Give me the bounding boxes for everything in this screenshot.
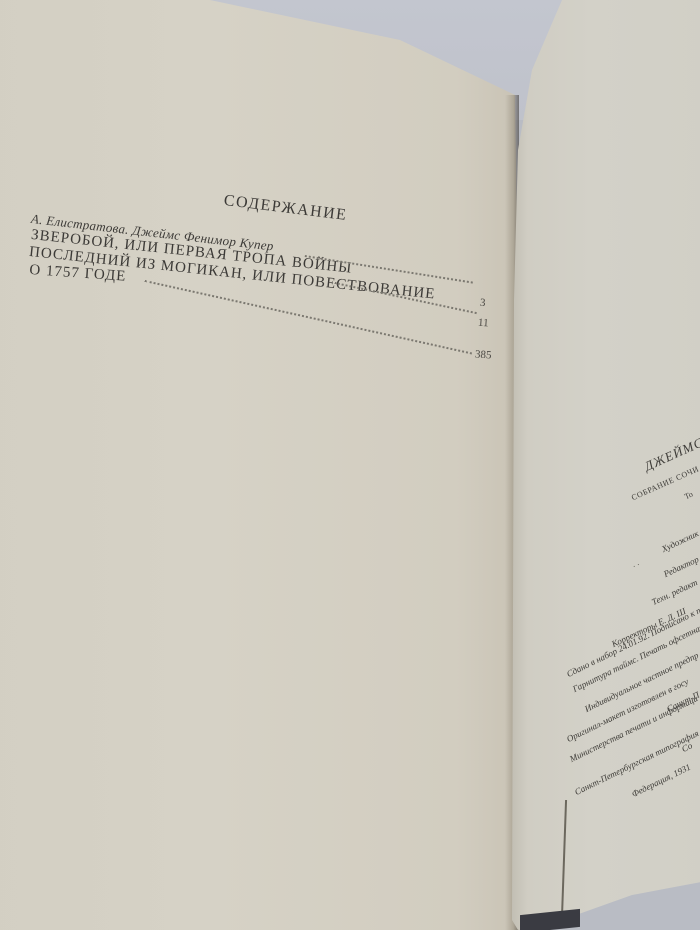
left-page	[0, 0, 540, 930]
toc-page-number: 385	[475, 348, 492, 361]
toc-page-number: 3	[480, 297, 486, 309]
right-page	[512, 0, 700, 930]
toc-page-number: 11	[478, 317, 489, 330]
